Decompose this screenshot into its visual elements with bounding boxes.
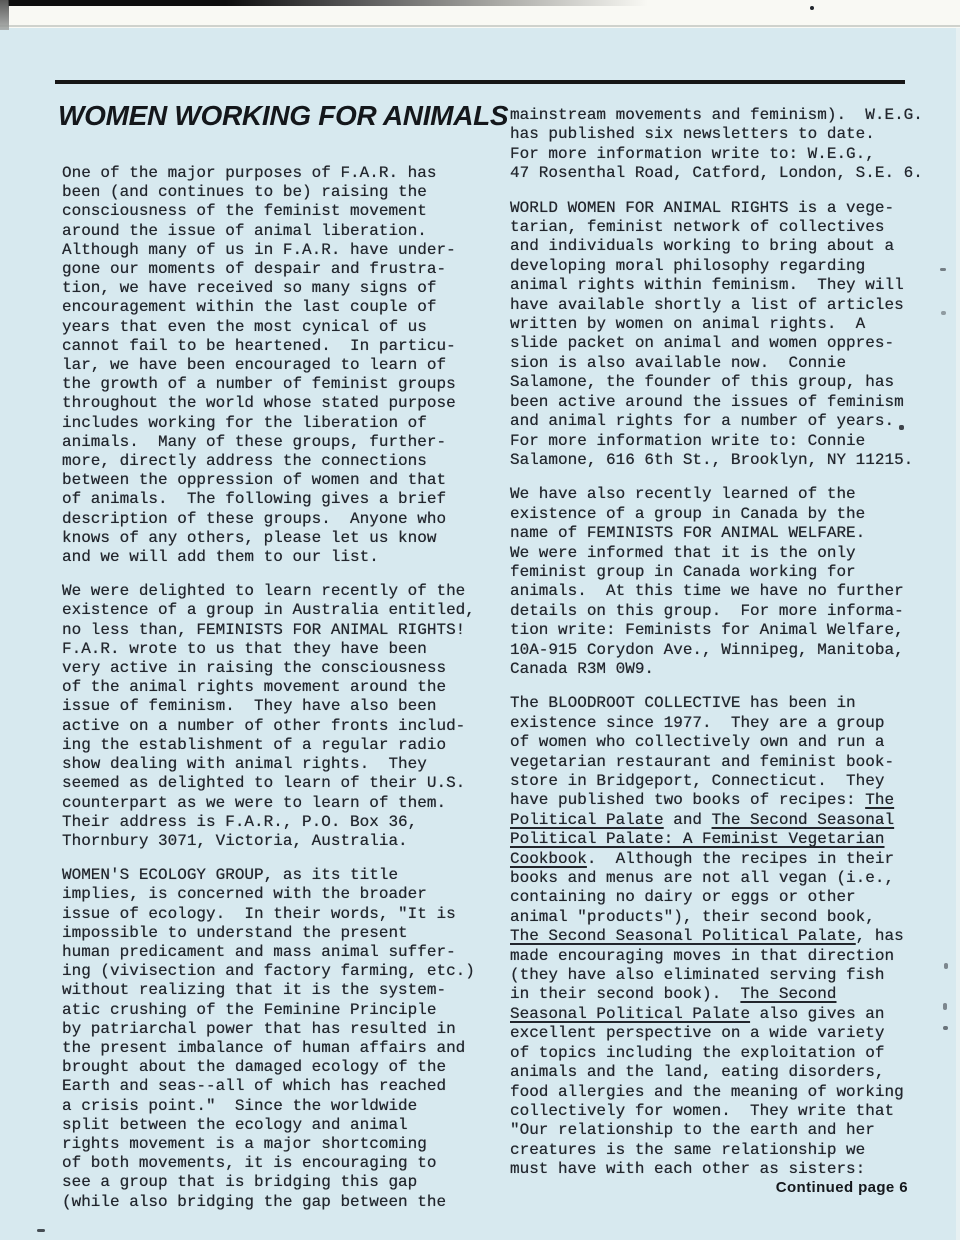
text-segment: Thornbury 3071, Victoria, Australia. [62, 832, 408, 850]
text-line: We were informed that it is the only [510, 544, 923, 563]
text-line: WOMEN'S ECOLOGY GROUP, as its title [62, 866, 475, 885]
text-line: 10A-915 Corydon Ave., Winnipeg, Manitoba… [510, 641, 923, 660]
text-segment: of women who collectively own and run a [510, 733, 884, 751]
text-segment: and we will add them to our list. [62, 548, 379, 566]
text-segment: includes working for the liberation of [62, 414, 427, 432]
underlined-book-title: Political Palate: A Feminist Vegetarian [510, 830, 884, 848]
text-segment: encouragement within the last couple of [62, 298, 436, 316]
text-line: animals. Many of these groups, further- [62, 433, 475, 452]
text-segment: mainstream movements and feminism). W.E.… [510, 106, 923, 124]
underlined-book-title: The [865, 791, 894, 809]
text-segment: tion, we have received so many signs of [62, 279, 436, 297]
text-line: of both movements, it is encouraging to [62, 1154, 475, 1173]
text-segment: 47 Rosenthal Road, Catford, London, S.E.… [510, 164, 923, 182]
scan-speck [941, 311, 946, 315]
text-line: existence of a group in Canada by the [510, 505, 923, 524]
text-line: been active around the issues of feminis… [510, 393, 923, 412]
text-segment: split between the ecology and animal [62, 1116, 408, 1134]
text-line: "Our relationship to the earth and her [510, 1121, 923, 1140]
text-line: Earth and seas--all of which has reached [62, 1077, 475, 1096]
text-segment: knows of any others, please let us know [62, 529, 436, 547]
underlined-book-title: The Second Seasonal Political Palate [510, 927, 856, 945]
text-segment: and animal rights for a number of years. [510, 412, 894, 430]
scan-speck [810, 6, 814, 10]
text-line: developing moral philosophy regarding [510, 257, 923, 276]
text-segment: seemed as delighted to learn of their U.… [62, 774, 465, 792]
text-line: WORLD WOMEN FOR ANIMAL RIGHTS is a vege- [510, 199, 923, 218]
text-line: implies, is concerned with the broader [62, 885, 475, 904]
paragraph: We were delighted to learn recently of t… [62, 582, 475, 851]
text-segment: Their address is F.A.R., P.O. Box 36, [62, 813, 417, 831]
text-line: made encouraging moves in that direction [510, 947, 923, 966]
left-column: One of the major purposes of F.A.R. hasb… [62, 164, 475, 1212]
right-column: mainstream movements and feminism). W.E.… [510, 106, 923, 1180]
text-line: have published two books of recipes: The [510, 791, 923, 810]
text-line: atic crushing of the Feminine Principle [62, 1001, 475, 1020]
paragraph: WOMEN'S ECOLOGY GROUP, as its titleimpli… [62, 866, 475, 1212]
text-segment: tion write: Feminists for Animal Welfare… [510, 621, 904, 639]
text-segment: Earth and seas--all of which has reached [62, 1077, 446, 1095]
header-divider-rule [55, 80, 905, 84]
text-line: Political Palate and The Second Seasonal [510, 811, 923, 830]
text-segment: of topics including the exploitation of [510, 1044, 884, 1062]
text-segment: Salamone, 616 6th St., Brooklyn, NY 1121… [510, 451, 913, 469]
text-segment: without realizing that it is the system- [62, 981, 446, 999]
text-segment: have available shortly a list of article… [510, 296, 904, 314]
text-line: tion, we have received so many signs of [62, 279, 475, 298]
text-segment: details on this group. For more informa- [510, 602, 904, 620]
text-line: in their second book). The Second [510, 985, 923, 1004]
text-line: vegetarian restaurant and feminist book- [510, 753, 923, 772]
underlined-book-title: The Second [740, 985, 836, 1003]
text-line: Canada R3M 0W9. [510, 660, 923, 679]
text-line: excellent perspective on a wide variety [510, 1024, 923, 1043]
text-line: very active in raising the consciousness [62, 659, 475, 678]
text-line: has published six newsletters to date. [510, 125, 923, 144]
text-line: issue of ecology. In their words, "It is [62, 905, 475, 924]
text-line: collectively for women. They write that [510, 1102, 923, 1121]
text-line: tion write: Feminists for Animal Welfare… [510, 621, 923, 640]
text-segment: books and menus are not all vegan (i.e., [510, 869, 894, 887]
text-segment: For more information write to: W.E.G., [510, 145, 875, 163]
text-segment: the present imbalance of human affairs a… [62, 1039, 465, 1057]
text-segment: by patriarchal power that has resulted i… [62, 1020, 456, 1038]
text-line: between the oppression of women and that [62, 471, 475, 490]
text-line: 47 Rosenthal Road, Catford, London, S.E.… [510, 164, 923, 183]
text-segment: sion is also available now. Connie [510, 354, 846, 372]
text-line: and we will add them to our list. [62, 548, 475, 567]
text-segment: made encouraging moves in that direction [510, 947, 894, 965]
text-line: One of the major purposes of F.A.R. has [62, 164, 475, 183]
text-segment: animals and the land, eating disorders, [510, 1063, 884, 1081]
text-line: seemed as delighted to learn of their U.… [62, 774, 475, 793]
text-segment: Although many of us in F.A.R. have under… [62, 241, 456, 259]
text-line: animal rights within feminism. They will [510, 276, 923, 295]
scan-speck [943, 1003, 947, 1010]
scan-speck [944, 963, 948, 969]
text-line: of the animal rights movement around the [62, 678, 475, 697]
text-segment: ing the establishment of a regular radio [62, 736, 446, 754]
text-line: We have also recently learned of the [510, 485, 923, 504]
text-segment: animals. Many of these groups, further- [62, 433, 446, 451]
text-segment: WOMEN'S ECOLOGY GROUP, as its title [62, 866, 398, 884]
text-segment: vegetarian restaurant and feminist book- [510, 753, 894, 771]
text-line: F.A.R. wrote to us that they have been [62, 640, 475, 659]
text-line: (while also bridging the gap between the [62, 1193, 475, 1212]
text-line: knows of any others, please let us know [62, 529, 475, 548]
text-line: lar, we have been encouraged to learn of [62, 356, 475, 375]
paragraph: WORLD WOMEN FOR ANIMAL RIGHTS is a vege-… [510, 199, 923, 471]
text-line: no less than, FEMINISTS FOR ANIMAL RIGHT… [62, 621, 475, 640]
text-segment: developing moral philosophy regarding [510, 257, 865, 275]
text-line: details on this group. For more informa- [510, 602, 923, 621]
text-line: description of these groups. Anyone who [62, 510, 475, 529]
text-segment: have published two books of recipes: [510, 791, 865, 809]
text-segment: We have also recently learned of the [510, 485, 856, 503]
text-line: existence since 1977. They are a group [510, 714, 923, 733]
text-segment: written by women on animal rights. A [510, 315, 865, 333]
text-segment: creatures is the same relationship we [510, 1141, 865, 1159]
text-segment: and [664, 811, 712, 829]
text-segment: impossible to understand the present [62, 924, 408, 942]
text-segment: of both movements, it is encouraging to [62, 1154, 436, 1172]
text-line: issue of feminism. They have also been [62, 697, 475, 716]
text-segment: excellent perspective on a wide variety [510, 1024, 884, 1042]
text-line: Thornbury 3071, Victoria, Australia. [62, 832, 475, 851]
text-line: slide packet on animal and women oppres- [510, 334, 923, 353]
text-line: The Second Seasonal Political Palate, ha… [510, 927, 923, 946]
text-line: consciousness of the feminist movement [62, 202, 475, 221]
text-line: books and menus are not all vegan (i.e., [510, 869, 923, 888]
text-segment: . Although the recipes in their [587, 850, 894, 868]
text-segment: see a group that is bridging this gap [62, 1173, 417, 1191]
text-line: by patriarchal power that has resulted i… [62, 1020, 475, 1039]
text-segment: issue of ecology. In their words, "It is [62, 905, 456, 923]
text-segment: (while also bridging the gap between the [62, 1193, 446, 1211]
text-line: throughout the world whose stated purpos… [62, 394, 475, 413]
text-line: without realizing that it is the system- [62, 981, 475, 1000]
text-line: must have with each other as sisters: [510, 1160, 923, 1179]
text-segment: years that even the most cynical of us [62, 318, 427, 336]
text-segment: human predicament and mass animal suffer… [62, 943, 456, 961]
text-line: Political Palate: A Feminist Vegetarian [510, 830, 923, 849]
text-line: human predicament and mass animal suffer… [62, 943, 475, 962]
text-segment: been (and continues to be) raising the [62, 183, 427, 201]
text-line: have available shortly a list of article… [510, 296, 923, 315]
text-line: been (and continues to be) raising the [62, 183, 475, 202]
text-segment: consciousness of the feminist movement [62, 202, 427, 220]
paragraph: The BLOODROOT COLLECTIVE has been inexis… [510, 694, 923, 1179]
text-segment: containing no dairy or eggs or other [510, 888, 856, 906]
text-line: of topics including the exploitation of [510, 1044, 923, 1063]
text-segment: F.A.R. wrote to us that they have been [62, 640, 427, 658]
text-segment: very active in raising the consciousness [62, 659, 446, 677]
text-segment: between the oppression of women and that [62, 471, 446, 489]
text-segment: been active around the issues of feminis… [510, 393, 904, 411]
text-line: of animals. The following gives a brief [62, 490, 475, 509]
text-line: around the issue of animal liberation. [62, 222, 475, 241]
text-line: split between the ecology and animal [62, 1116, 475, 1135]
text-segment: animal "products"), their second book, [510, 908, 875, 926]
text-segment: Canada R3M 0W9. [510, 660, 654, 678]
text-line: ing the establishment of a regular radio [62, 736, 475, 755]
text-line: creatures is the same relationship we [510, 1141, 923, 1160]
text-line: of women who collectively own and run a [510, 733, 923, 752]
scan-speck [940, 268, 946, 271]
text-line: Cookbook. Although the recipes in their [510, 850, 923, 869]
text-line: and animal rights for a number of years. [510, 412, 923, 431]
text-segment: implies, is concerned with the broader [62, 885, 427, 903]
underlined-book-title: Political Palate [510, 811, 664, 829]
text-line: For more information write to: Connie [510, 432, 923, 451]
text-segment: For more information write to: Connie [510, 432, 865, 450]
paragraph: One of the major purposes of F.A.R. hasb… [62, 164, 475, 567]
continued-note: Continued page 6 [776, 1179, 908, 1196]
underlined-book-title: Seasonal Political Palate [510, 1005, 750, 1023]
text-line: impossible to understand the present [62, 924, 475, 943]
text-segment: more, directly address the connections [62, 452, 427, 470]
text-line: the growth of a number of feminist group… [62, 375, 475, 394]
text-segment: name of FEMINISTS FOR ANIMAL WELFARE. [510, 524, 865, 542]
text-segment: We were delighted to learn recently of t… [62, 582, 465, 600]
text-segment: tarian, feminist network of collectives [510, 218, 884, 236]
text-segment: Salamone, the founder of this group, has [510, 373, 894, 391]
text-segment: animal rights within feminism. They will [510, 276, 904, 294]
text-line: animals and the land, eating disorders, [510, 1063, 923, 1082]
text-segment: One of the major purposes of F.A.R. has [62, 164, 436, 182]
text-segment: a crisis point." Since the worldwide [62, 1097, 417, 1115]
text-line: includes working for the liberation of [62, 414, 475, 433]
text-segment: WORLD WOMEN FOR ANIMAL RIGHTS is a vege- [510, 199, 894, 217]
text-line: mainstream movements and feminism). W.E.… [510, 106, 923, 125]
text-segment: of the animal rights movement around the [62, 678, 446, 696]
text-segment: lar, we have been encouraged to learn of [62, 356, 446, 374]
text-segment: feminist group in Canada working for [510, 563, 856, 581]
text-segment: active on a number of other fronts inclu… [62, 717, 465, 735]
text-segment: also gives an [750, 1005, 884, 1023]
text-line: animals. At this time we have no further [510, 582, 923, 601]
text-line: Although many of us in F.A.R. have under… [62, 241, 475, 260]
text-segment: must have with each other as sisters: [510, 1160, 865, 1178]
text-segment: around the issue of animal liberation. [62, 222, 427, 240]
text-segment: existence of a group in Canada by the [510, 505, 865, 523]
text-segment: of animals. The following gives a brief [62, 490, 446, 508]
text-line: feminist group in Canada working for [510, 563, 923, 582]
text-line: active on a number of other fronts inclu… [62, 717, 475, 736]
text-segment: store in Bridgeport, Connecticut. They [510, 772, 884, 790]
text-segment: We were informed that it is the only [510, 544, 856, 562]
text-segment: issue of feminism. They have also been [62, 697, 436, 715]
text-segment: throughout the world whose stated purpos… [62, 394, 456, 412]
text-line: and individuals working to bring about a [510, 237, 923, 256]
text-line: encouragement within the last couple of [62, 298, 475, 317]
text-line: animal "products"), their second book, [510, 908, 923, 927]
text-segment: counterpart as we were to learn of them. [62, 794, 446, 812]
text-line: We were delighted to learn recently of t… [62, 582, 475, 601]
text-segment: atic crushing of the Feminine Principle [62, 1001, 436, 1019]
text-segment: The BLOODROOT COLLECTIVE has been in [510, 694, 856, 712]
text-line: Seasonal Political Palate also gives an [510, 1005, 923, 1024]
text-line: more, directly address the connections [62, 452, 475, 471]
text-line: rights movement is a major shortcoming [62, 1135, 475, 1154]
paragraph: mainstream movements and feminism). W.E.… [510, 106, 923, 184]
text-line: Salamone, 616 6th St., Brooklyn, NY 1121… [510, 451, 923, 470]
text-segment: no less than, FEMINISTS FOR ANIMAL RIGHT… [62, 621, 465, 639]
text-segment: , has [856, 927, 904, 945]
underlined-book-title: Cookbook [510, 850, 587, 868]
text-line: ing (vivisection and factory farming, et… [62, 962, 475, 981]
text-segment: cannot fail to be heartened. In particu- [62, 337, 456, 355]
text-segment: slide packet on animal and women oppres- [510, 334, 894, 352]
text-line: cannot fail to be heartened. In particu- [62, 337, 475, 356]
text-segment: (they have also eliminated serving fish [510, 966, 884, 984]
text-segment: collectively for women. They write that [510, 1102, 894, 1120]
text-segment: has published six newsletters to date. [510, 125, 875, 143]
scan-seam-line [0, 25, 960, 27]
text-line: (they have also eliminated serving fish [510, 966, 923, 985]
text-segment: existence since 1977. They are a group [510, 714, 884, 732]
scan-right-edge [956, 28, 960, 1240]
text-segment: and individuals working to bring about a [510, 237, 894, 255]
text-segment: "Our relationship to the earth and her [510, 1121, 875, 1139]
scan-edge-bar [8, 0, 648, 6]
text-line: the present imbalance of human affairs a… [62, 1039, 475, 1058]
text-line: existence of a group in Australia entitl… [62, 601, 475, 620]
text-line: show dealing with animal rights. They [62, 755, 475, 774]
text-line: The BLOODROOT COLLECTIVE has been in [510, 694, 923, 713]
text-line: see a group that is bridging this gap [62, 1173, 475, 1192]
text-line: name of FEMINISTS FOR ANIMAL WELFARE. [510, 524, 923, 543]
text-line: store in Bridgeport, Connecticut. They [510, 772, 923, 791]
text-line: food allergies and the meaning of workin… [510, 1083, 923, 1102]
text-line: Salamone, the founder of this group, has [510, 373, 923, 392]
text-line: containing no dairy or eggs or other [510, 888, 923, 907]
text-segment: animals. At this time we have no further [510, 582, 904, 600]
article-title: WOMEN WORKING FOR ANIMALS [58, 102, 508, 130]
text-segment: rights movement is a major shortcoming [62, 1135, 427, 1153]
scan-corner-smudge [0, 0, 9, 30]
paragraph: We have also recently learned of theexis… [510, 485, 923, 679]
text-segment: ing (vivisection and factory farming, et… [62, 962, 475, 980]
text-line: Their address is F.A.R., P.O. Box 36, [62, 813, 475, 832]
text-segment: description of these groups. Anyone who [62, 510, 446, 528]
text-line: counterpart as we were to learn of them. [62, 794, 475, 813]
scan-speck [943, 1026, 948, 1030]
text-line: tarian, feminist network of collectives [510, 218, 923, 237]
text-line: gone our moments of despair and frustra- [62, 260, 475, 279]
newsletter-page: WOMEN WORKING FOR ANIMALS One of the maj… [0, 0, 960, 1240]
text-segment: the growth of a number of feminist group… [62, 375, 456, 393]
text-line: sion is also available now. Connie [510, 354, 923, 373]
text-line: brought about the damaged ecology of the [62, 1058, 475, 1077]
scan-speck [37, 1229, 45, 1232]
text-segment: brought about the damaged ecology of the [62, 1058, 446, 1076]
text-line: a crisis point." Since the worldwide [62, 1097, 475, 1116]
text-line: years that even the most cynical of us [62, 318, 475, 337]
text-line: For more information write to: W.E.G., [510, 145, 923, 164]
text-segment: in their second book). [510, 985, 740, 1003]
text-segment: food allergies and the meaning of workin… [510, 1083, 904, 1101]
underlined-book-title: The Second Seasonal [712, 811, 894, 829]
text-segment: show dealing with animal rights. They [62, 755, 427, 773]
text-segment: gone our moments of despair and frustra- [62, 260, 446, 278]
text-line: written by women on animal rights. A [510, 315, 923, 334]
text-segment: 10A-915 Corydon Ave., Winnipeg, Manitoba… [510, 641, 904, 659]
text-segment: existence of a group in Australia entitl… [62, 601, 475, 619]
